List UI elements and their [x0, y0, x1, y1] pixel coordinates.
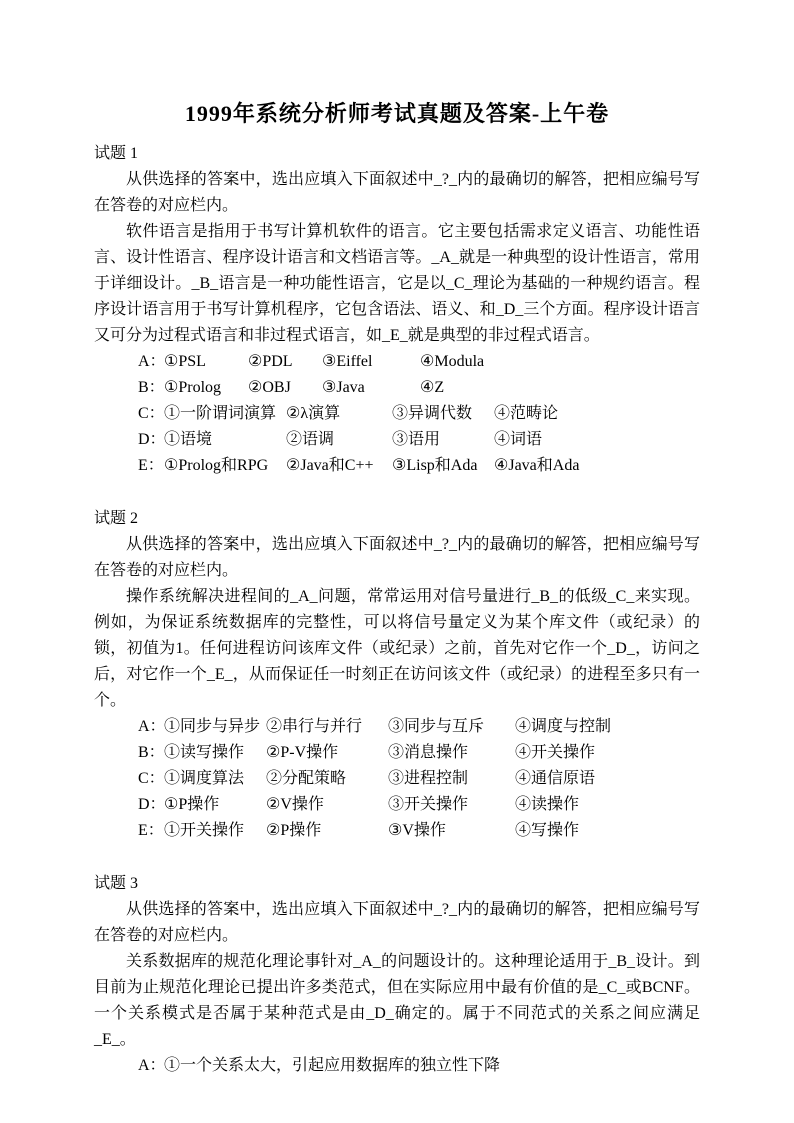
option-item: ③语用: [392, 427, 494, 453]
option-item: ③消息操作: [388, 740, 515, 766]
option-row-c: C： ①调度算法 ②分配策略 ③进程控制 ④通信原语: [94, 766, 700, 792]
option-item: ①开关操作: [164, 818, 266, 844]
option-item: ③开关操作: [388, 792, 515, 818]
page-title: 1999年系统分析师考试真题及答案-上午卷: [94, 99, 700, 129]
option-row-b: B： ①Prolog ②OBJ ③Java ④Z: [94, 375, 700, 401]
option-label: B：: [138, 740, 164, 766]
option-label: D：: [138, 427, 164, 453]
question-3-label: 试题 3: [94, 871, 700, 897]
option-row-e: E： ①开关操作 ②P操作 ③V操作 ④写操作: [94, 818, 700, 844]
question-1-intro: 从供选择的答案中，选出应填入下面叙述中_?_内的最确切的解答，把相应编号写在答卷…: [94, 167, 700, 219]
option-item: ④通信原语: [515, 766, 595, 792]
option-item: ①一个关系太大，引起应用数据库的独立性下降: [164, 1053, 500, 1079]
option-item: ①P操作: [164, 792, 266, 818]
option-item: ④Z: [420, 375, 444, 401]
option-item: ④调度与控制: [515, 714, 611, 740]
option-item: ③Lisp和Ada: [392, 453, 494, 479]
option-item: ②语调: [286, 427, 392, 453]
option-item: ③V操作: [388, 818, 515, 844]
option-item: ④词语: [494, 427, 542, 453]
option-item: ④写操作: [515, 818, 579, 844]
question-2-body: 操作系统解决进程间的_A_问题，常常运用对信号量进行_B_的低级_C_来实现。例…: [94, 584, 700, 714]
option-label: C：: [138, 401, 164, 427]
option-item: ②OBJ: [248, 375, 322, 401]
option-label: B：: [138, 375, 164, 401]
option-row-d: D： ①P操作 ②V操作 ③开关操作 ④读操作: [94, 792, 700, 818]
option-item: ①Prolog和RPG: [164, 453, 286, 479]
question-1-label: 试题 1: [94, 141, 700, 167]
option-label: E：: [138, 453, 164, 479]
question-1-body: 软件语言是指用于书写计算机软件的语言。它主要包括需求定义语言、功能性语言、设计性…: [94, 219, 700, 349]
option-item: ②分配策略: [266, 766, 388, 792]
document-page: 1999年系统分析师考试真题及答案-上午卷 试题 1 从供选择的答案中，选出应填…: [0, 0, 794, 1123]
option-item: ①读写操作: [164, 740, 266, 766]
option-item: ①Prolog: [164, 375, 248, 401]
question-2-options: A： ①同步与异步 ②串行与并行 ③同步与互斥 ④调度与控制 B： ①读写操作 …: [94, 714, 700, 844]
question-1-options: A： ①PSL ②PDL ③Eiffel ④Modula B： ①Prolog …: [94, 349, 700, 479]
option-item: ③异调代数: [392, 401, 494, 427]
option-label: A：: [138, 1053, 164, 1079]
question-3-body: 关系数据库的规范化理论事针对_A_的问题设计的。这种理论适用于_B_设计。到目前…: [94, 949, 700, 1053]
question-1: 试题 1 从供选择的答案中，选出应填入下面叙述中_?_内的最确切的解答，把相应编…: [94, 141, 700, 479]
question-2: 试题 2 从供选择的答案中，选出应填入下面叙述中_?_内的最确切的解答，把相应编…: [94, 506, 700, 844]
option-item: ③同步与互斥: [388, 714, 515, 740]
option-item: ①PSL: [164, 349, 248, 375]
question-3: 试题 3 从供选择的答案中，选出应填入下面叙述中_?_内的最确切的解答，把相应编…: [94, 871, 700, 1079]
option-item: ②P操作: [266, 818, 388, 844]
option-row-c: C： ①一阶谓词演算 ②λ演算 ③异调代数 ④范畴论: [94, 401, 700, 427]
option-item: ③Eiffel: [322, 349, 420, 375]
option-item: ①调度算法: [164, 766, 266, 792]
option-label: A：: [138, 349, 164, 375]
option-item: ④读操作: [515, 792, 579, 818]
option-item: ④Modula: [420, 349, 484, 375]
option-item: ③Java: [322, 375, 420, 401]
question-2-label: 试题 2: [94, 506, 700, 532]
option-item: ①语境: [164, 427, 286, 453]
option-label: A：: [138, 714, 164, 740]
option-item: ③进程控制: [388, 766, 515, 792]
option-row-a: A： ①一个关系太大，引起应用数据库的独立性下降: [94, 1053, 700, 1079]
option-item: ①一阶谓词演算: [164, 401, 286, 427]
option-item: ④开关操作: [515, 740, 595, 766]
option-item: ④Java和Ada: [494, 453, 579, 479]
option-item: ②串行与并行: [266, 714, 388, 740]
option-item: ②V操作: [266, 792, 388, 818]
option-item: ②P-V操作: [266, 740, 388, 766]
option-item: ②PDL: [248, 349, 322, 375]
option-row-d: D： ①语境 ②语调 ③语用 ④词语: [94, 427, 700, 453]
option-label: C：: [138, 766, 164, 792]
option-item: ②Java和C++: [286, 453, 392, 479]
option-item: ②λ演算: [286, 401, 392, 427]
question-3-options: A： ①一个关系太大，引起应用数据库的独立性下降: [94, 1053, 700, 1079]
option-label: D：: [138, 792, 164, 818]
option-row-b: B： ①读写操作 ②P-V操作 ③消息操作 ④开关操作: [94, 740, 700, 766]
option-label: E：: [138, 818, 164, 844]
option-item: ④范畴论: [494, 401, 558, 427]
option-item: ①同步与异步: [164, 714, 266, 740]
question-2-intro: 从供选择的答案中，选出应填入下面叙述中_?_内的最确切的解答，把相应编号写在答卷…: [94, 532, 700, 584]
option-row-a: A： ①同步与异步 ②串行与并行 ③同步与互斥 ④调度与控制: [94, 714, 700, 740]
option-row-e: E： ①Prolog和RPG ②Java和C++ ③Lisp和Ada ④Java…: [94, 453, 700, 479]
question-3-intro: 从供选择的答案中，选出应填入下面叙述中_?_内的最确切的解答，把相应编号写在答卷…: [94, 897, 700, 949]
option-row-a: A： ①PSL ②PDL ③Eiffel ④Modula: [94, 349, 700, 375]
